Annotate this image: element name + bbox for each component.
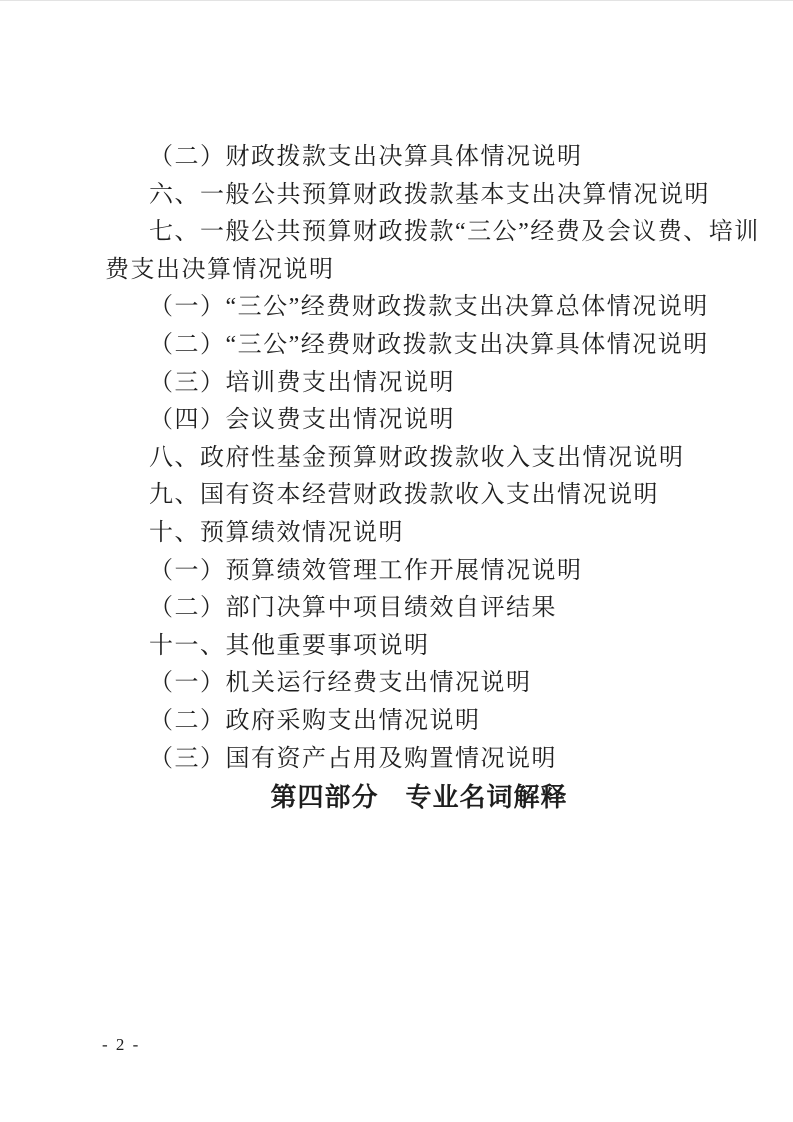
- toc-line: （二）“三公”经费财政拨款支出决算具体情况说明: [105, 327, 733, 365]
- toc-line: 六、一般公共预算财政拨款基本支出决算情况说明: [105, 177, 733, 215]
- toc-line: （四）会议费支出情况说明: [105, 402, 733, 440]
- toc-line: 八、政府性基金预算财政拨款收入支出情况说明: [105, 440, 733, 478]
- toc-line: （一）“三公”经费财政拨款支出决算总体情况说明: [105, 289, 733, 327]
- toc-line: （二）政府采购支出情况说明: [105, 703, 733, 741]
- toc-line-continuation: 费支出决算情况说明: [105, 252, 733, 290]
- section-heading: 第四部分 专业名词解释: [105, 778, 733, 816]
- toc-line: 十一、其他重要事项说明: [105, 628, 733, 666]
- toc-line: （三）培训费支出情况说明: [105, 365, 733, 403]
- document-page: （二）财政拨款支出决算具体情况说明 六、一般公共预算财政拨款基本支出决算情况说明…: [0, 0, 793, 1122]
- toc-line: （一）预算绩效管理工作开展情况说明: [105, 553, 733, 591]
- toc-line: （一）机关运行经费支出情况说明: [105, 665, 733, 703]
- toc-line: 九、国有资本经营财政拨款收入支出情况说明: [105, 477, 733, 515]
- page-number: - 2 -: [102, 1035, 140, 1055]
- toc-line: （三）国有资产占用及购置情况说明: [105, 741, 733, 779]
- toc-content: （二）财政拨款支出决算具体情况说明 六、一般公共预算财政拨款基本支出决算情况说明…: [105, 139, 733, 816]
- toc-line: 七、一般公共预算财政拨款“三公”经费及会议费、培训: [105, 214, 733, 252]
- toc-line: （二）部门决算中项目绩效自评结果: [105, 590, 733, 628]
- toc-line: （二）财政拨款支出决算具体情况说明: [105, 139, 733, 177]
- toc-line: 十、预算绩效情况说明: [105, 515, 733, 553]
